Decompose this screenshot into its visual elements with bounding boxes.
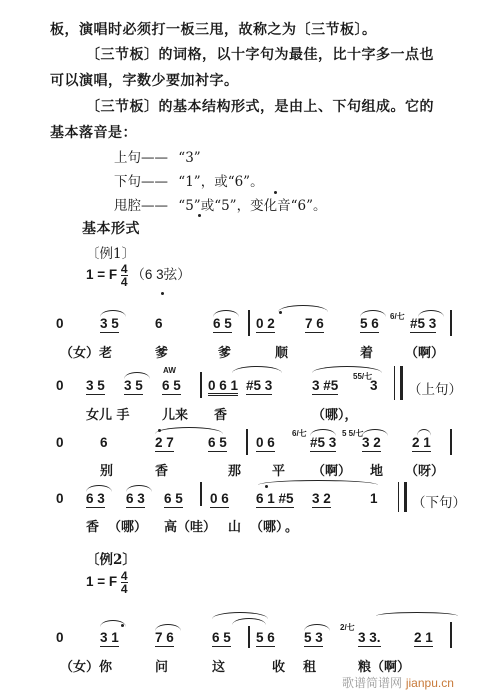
- paragraph-2-line-2: 可以演唱，字数少要加衬字。: [50, 70, 239, 90]
- lyric: 着: [360, 342, 373, 361]
- note-group: 6 5: [162, 378, 181, 395]
- note-group: 3 5: [100, 316, 119, 333]
- bar-line: [450, 310, 452, 336]
- note-group: 3 5: [86, 378, 105, 395]
- lyric: （啊）: [405, 342, 444, 361]
- note-group: 7 6: [155, 630, 174, 647]
- paragraph-3-line-1: 〔三节板〕的基本结构形式，是由上、下句组成。它的: [86, 96, 434, 116]
- bar-line: [246, 429, 248, 455]
- slur: [304, 624, 330, 631]
- watermark-site: jianpu.cn: [406, 676, 454, 690]
- grace-note: 2/七: [340, 622, 355, 633]
- lyric: 香: [155, 460, 168, 479]
- lyric: （啊）: [312, 460, 351, 479]
- ornament: AW: [163, 366, 176, 375]
- watermark: 歌谱简谱网 jianpu.cn: [342, 674, 454, 691]
- note: 6: [155, 316, 163, 331]
- note-group: 3 3.: [358, 630, 381, 647]
- lyric: 租: [303, 656, 316, 675]
- lyric: 收: [272, 656, 285, 675]
- paragraph-line-1: 板，演唱时必须打一板三甩，故称之为〔三节板〕。: [50, 19, 377, 39]
- slur: [232, 618, 266, 625]
- note-group: 5 3: [304, 630, 323, 647]
- high-octave-dot: [274, 191, 277, 194]
- cadence-value: “1”，或“6”。: [178, 174, 263, 190]
- key: 1 = F: [86, 267, 117, 282]
- note-group: 0 2: [256, 316, 275, 333]
- slur: [310, 429, 336, 436]
- bar-line: [248, 310, 250, 336]
- note-group: 2 7: [155, 435, 174, 452]
- note-group: 7 6: [305, 316, 324, 333]
- note-group: 6 3: [86, 491, 105, 508]
- cadence-value: “3”: [178, 150, 200, 166]
- note-group: #5 3: [410, 316, 436, 333]
- time-signature: 44: [121, 263, 128, 288]
- low-octave-dot: [198, 214, 201, 217]
- grace-note: 5 5/七: [342, 428, 363, 439]
- note-group: 3 #5: [312, 378, 338, 395]
- slur: [155, 427, 223, 434]
- slur: [362, 429, 388, 436]
- paragraph-2-line-1: 〔三节板〕的词格，以十字句为最佳，比十字多一点也: [86, 44, 434, 64]
- cadence-label: 甩腔——: [114, 198, 168, 214]
- watermark-cn: 歌谱简谱网: [342, 676, 402, 690]
- note: 0: [56, 491, 64, 506]
- note-group: 2 1: [412, 435, 431, 452]
- lyric: 地: [370, 460, 383, 479]
- lyric: 香: [86, 516, 99, 535]
- double-bar-line: [394, 366, 403, 400]
- cadence-lower: 下句—— “1”，或“6”。: [114, 170, 264, 190]
- slur: [124, 372, 150, 379]
- note: 0: [56, 316, 64, 331]
- lyric: （哪）: [108, 516, 147, 535]
- slur: [155, 624, 181, 631]
- note-group: #5 3: [246, 378, 272, 395]
- slur: [232, 366, 282, 373]
- bar-line: [450, 622, 452, 648]
- lyric: 平: [272, 460, 285, 479]
- lyric: 别: [100, 460, 113, 479]
- slur: [100, 310, 126, 317]
- lyric: 粮（啊）: [358, 656, 410, 675]
- section-title: 基本形式: [82, 218, 140, 238]
- lyric: （哪）: [250, 516, 289, 535]
- note-group: 5 6: [360, 316, 379, 333]
- note: 6: [100, 435, 108, 450]
- note-group: 3 1: [100, 630, 119, 647]
- slur: [418, 310, 444, 317]
- note: 1: [370, 491, 378, 506]
- example-1-key-signature: 1 = F 44 （6 3弦）: [86, 263, 191, 288]
- key: 1 = F: [86, 574, 117, 589]
- note-group: 6 1 #5: [256, 491, 294, 508]
- slur: [258, 480, 378, 485]
- lyric: 问: [155, 656, 168, 675]
- note-group: 3 2: [312, 491, 331, 508]
- bar-line: [200, 482, 202, 506]
- lyric: （呀）: [405, 460, 444, 479]
- note: 3: [370, 378, 378, 393]
- high-octave-dot: [121, 624, 124, 627]
- slur: [86, 485, 112, 492]
- lyric: （女）老: [60, 342, 112, 361]
- lyric: 香: [214, 404, 227, 423]
- note-group: 2 1: [414, 630, 433, 647]
- note-group: 6 5: [212, 630, 231, 647]
- bar-line: [450, 429, 452, 455]
- note-group: 0 6 1: [208, 378, 238, 396]
- bar-line: [200, 372, 202, 398]
- lyric: 高（哇）: [164, 516, 216, 535]
- lyric: 。: [285, 516, 298, 535]
- double-bar-line: [398, 482, 407, 512]
- example-2-key-signature: 1 = F 44: [86, 570, 128, 595]
- lyric: 女儿 手: [86, 404, 130, 423]
- note-group: 6 5: [213, 316, 232, 333]
- lyric: 爹: [218, 342, 231, 361]
- slur: [213, 310, 239, 317]
- slur: [126, 485, 152, 492]
- time-signature: 44: [121, 570, 128, 595]
- tuning: （6 3弦）: [131, 267, 190, 282]
- cadence-label: 下句——: [114, 174, 168, 190]
- cadence-label: 上句——: [114, 150, 168, 166]
- note: 0: [56, 630, 64, 645]
- cadence-tail: 甩腔—— “5”或“5”，变化音“6”。: [114, 194, 326, 214]
- note-group: 6 3: [126, 491, 145, 508]
- high-octave-dot: [265, 485, 268, 488]
- slur: [417, 429, 431, 436]
- slur: [360, 310, 386, 317]
- slur: [278, 305, 328, 312]
- grace-note: 6/七: [292, 428, 307, 439]
- bar-line: [248, 626, 250, 648]
- phrase-label: （下句）: [412, 491, 466, 511]
- lyric: （哪），: [312, 404, 358, 423]
- high-octave-dot: [158, 429, 161, 432]
- cadence-value: “5”或“5”，变化音“6”。: [178, 198, 326, 214]
- paragraph-3-line-2: 基本落音是：: [50, 122, 137, 142]
- lyric: 那: [228, 460, 241, 479]
- note-group: 6 5: [164, 491, 183, 508]
- cadence-upper: 上句—— “3”: [114, 146, 201, 166]
- slur: [376, 612, 458, 616]
- lyric: 这: [212, 656, 225, 675]
- phrase-label: （上句）: [408, 378, 462, 398]
- note-group: 5 6: [256, 630, 275, 647]
- lyric: 爹: [155, 342, 168, 361]
- note-group: 0 6: [210, 491, 229, 508]
- grace-note: 6/七: [390, 311, 405, 322]
- lyric: 儿来: [162, 404, 188, 423]
- lyric: （女）你: [60, 656, 112, 675]
- note: 0: [56, 378, 64, 393]
- low-octave-dot: [161, 292, 164, 295]
- example-1-label: 〔例1〕: [86, 242, 135, 262]
- note-group: #5 3: [310, 435, 336, 452]
- note-group: 3 5: [124, 378, 143, 395]
- lyric: 顺: [275, 342, 288, 361]
- note-group: 6 5: [208, 435, 227, 452]
- note: 0: [56, 435, 64, 450]
- lyric: 山: [228, 516, 241, 535]
- note-group: 3 2: [362, 435, 381, 452]
- note-group: 0 6: [256, 435, 275, 452]
- example-2-label: 〔例2〕: [86, 548, 136, 568]
